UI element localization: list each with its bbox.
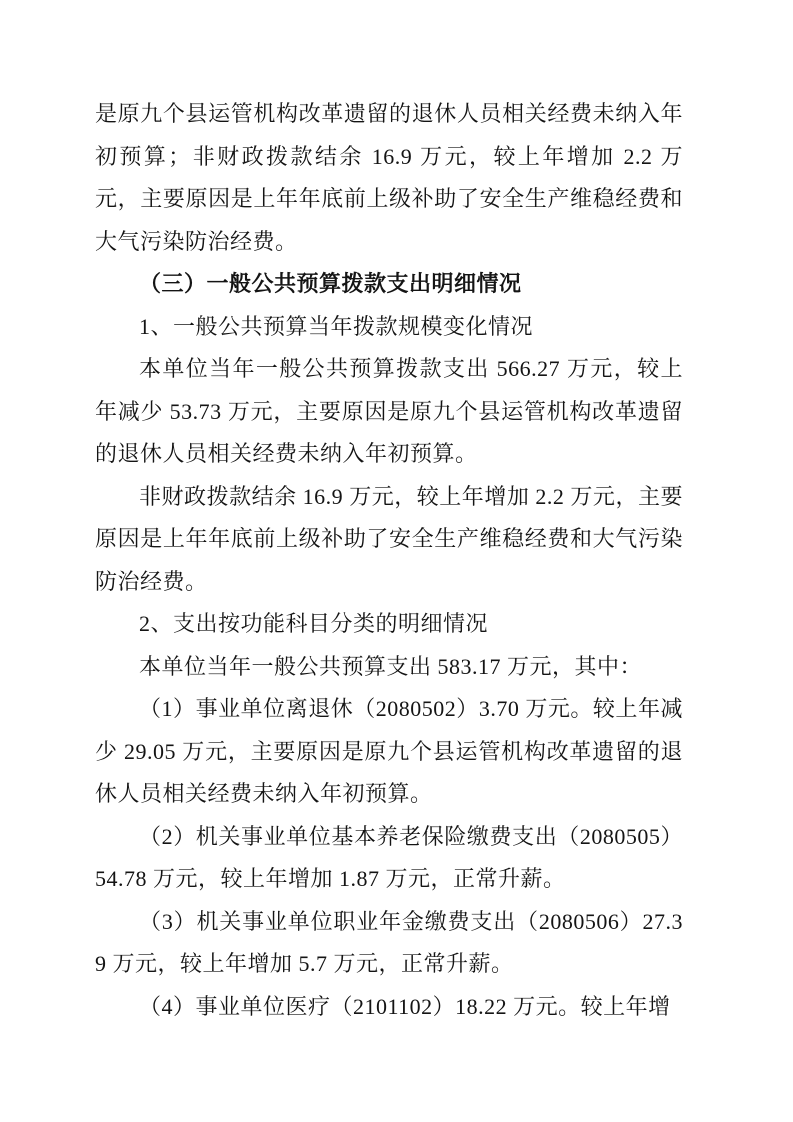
paragraph: 非财政拨款结余 16.9 万元，较上年增加 2.2 万元，主要原因是上年年底前上… [95,476,683,604]
expense-item-2: （2）机关事业单位基本养老保险缴费支出（2080505）54.78 万元，较上年… [95,816,683,901]
paragraph-continuation: 是原九个县运管机构改革遗留的退休人员相关经费未纳入年初预算；非财政拨款结余 16… [95,93,683,263]
subsection-2-title: 2、支出按功能科目分类的明细情况 [95,603,683,646]
expense-item-1: （1）事业单位离退休（2080502）3.70 万元。较上年减少 29.05 万… [95,688,683,816]
expense-item-3: （3）机关事业单位职业年金缴费支出（2080506）27.39 万元，较上年增加… [95,901,683,986]
expense-item-4: （4）事业单位医疗（2101102）18.22 万元。较上年增 [95,986,683,1029]
document-page: 是原九个县运管机构改革遗留的退休人员相关经费未纳入年初预算；非财政拨款结余 16… [0,0,793,1122]
section-heading: （三）一般公共预算拨款支出明细情况 [95,263,683,306]
paragraph: 本单位当年一般公共预算拨款支出 566.27 万元，较上年减少 53.73 万元… [95,348,683,476]
paragraph: 本单位当年一般公共预算支出 583.17 万元，其中： [95,646,683,689]
subsection-1-title: 1、一般公共预算当年拨款规模变化情况 [95,306,683,349]
